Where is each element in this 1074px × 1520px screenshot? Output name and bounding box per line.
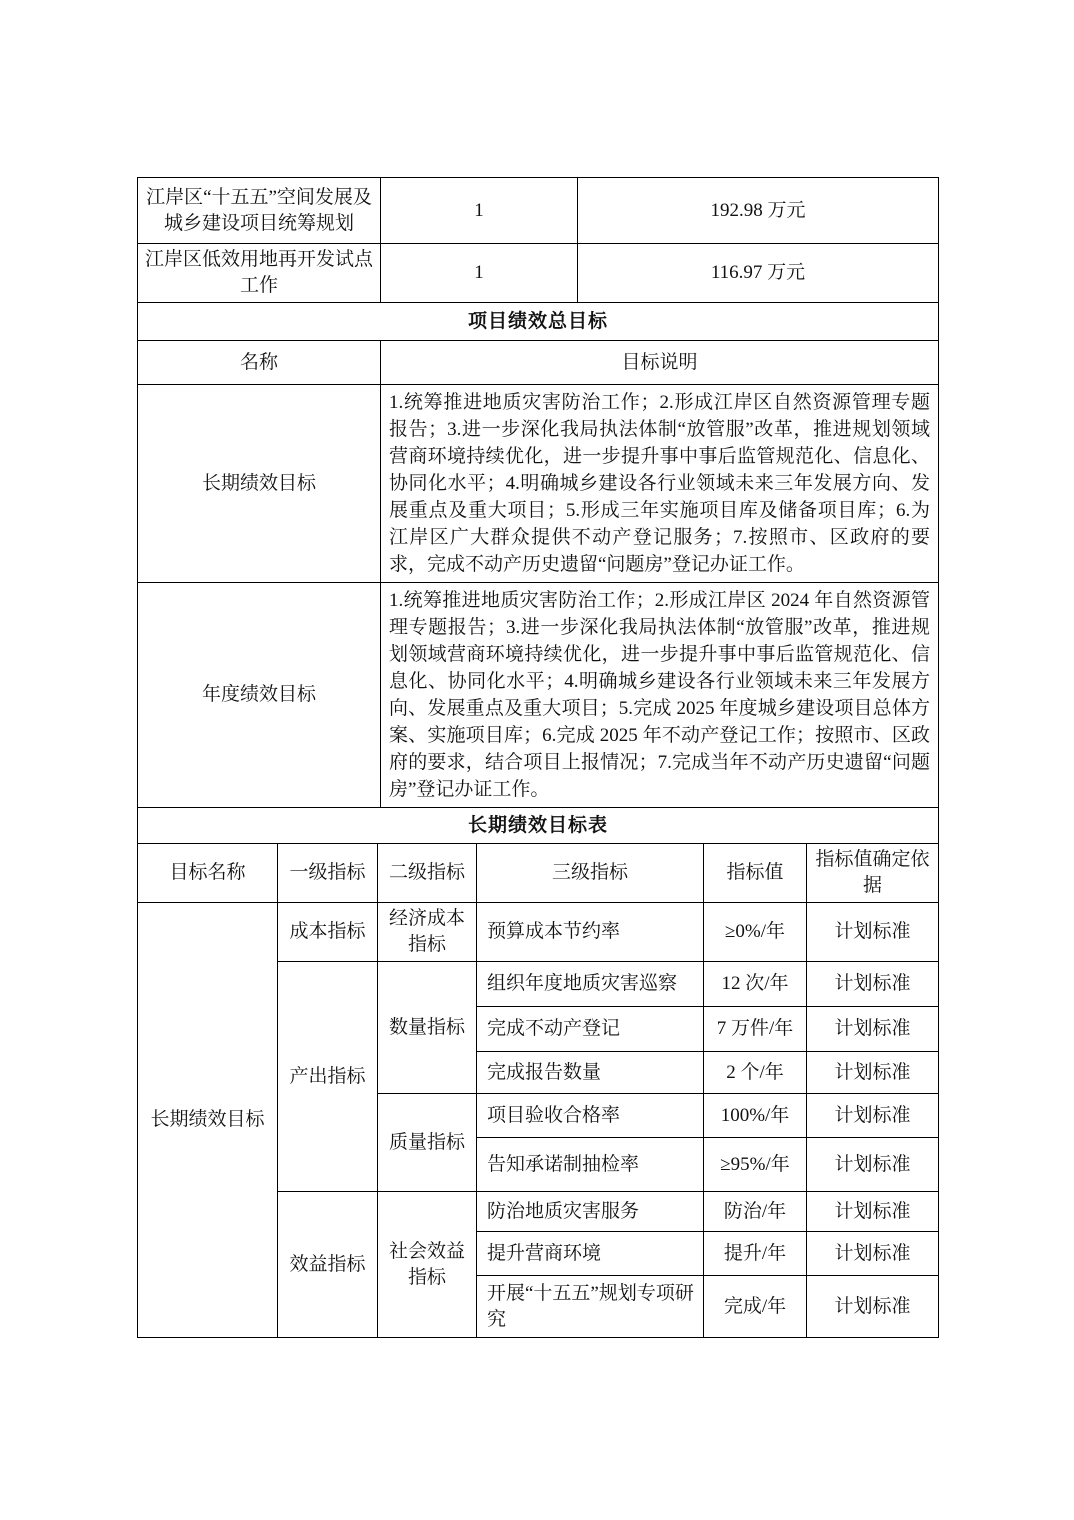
table-row: 年度绩效目标 1.统筹推进地质灾害防治工作；2.形成江岸区 2024 年自然资源… [138, 583, 939, 808]
level3-cell: 项目验收合格率 [477, 1094, 704, 1138]
col-header-goal-name: 目标名称 [138, 844, 278, 903]
value-cell: 12 次/年 [704, 962, 807, 1007]
level3-cell: 提升营商环境 [477, 1232, 704, 1276]
level1-cell: 效益指标 [278, 1192, 378, 1338]
col-header-basis: 指标值确定依据 [807, 844, 939, 903]
project-count-cell: 1 [381, 244, 578, 303]
value-cell: 100%/年 [704, 1094, 807, 1138]
level1-cell: 成本指标 [278, 903, 378, 962]
table-header-row: 目标名称 一级指标 二级指标 三级指标 指标值 指标值确定依据 [138, 844, 939, 903]
annual-goal-label: 年度绩效目标 [138, 583, 381, 808]
basis-cell: 计划标准 [807, 1276, 939, 1338]
table-row: 长期绩效目标 1.统筹推进地质灾害防治工作；2.形成江岸区自然资源管理专题报告；… [138, 385, 939, 583]
longterm-goal-label: 长期绩效目标 [138, 385, 381, 583]
project-amount-cell: 192.98 万元 [578, 178, 939, 244]
project-name-cell: 江岸区低效用地再开发试点工作 [138, 244, 381, 303]
value-cell: ≥0%/年 [704, 903, 807, 962]
basis-cell: 计划标准 [807, 1192, 939, 1232]
level3-cell: 组织年度地质灾害巡察 [477, 962, 704, 1007]
level2-cell: 质量指标 [378, 1094, 477, 1192]
longterm-goal-desc: 1.统筹推进地质灾害防治工作；2.形成江岸区自然资源管理专题报告；3.进一步深化… [381, 385, 939, 583]
table-row: 项目绩效总目标 [138, 303, 939, 341]
col-header-level2: 二级指标 [378, 844, 477, 903]
table-row: 长期绩效目标表 [138, 808, 939, 844]
level3-cell: 完成不动产登记 [477, 1007, 704, 1052]
table-row: 名称 目标说明 [138, 341, 939, 385]
table-row: 江岸区“十五五”空间发展及城乡建设项目统筹规划 1 192.98 万元 [138, 178, 939, 244]
level3-cell: 防治地质灾害服务 [477, 1192, 704, 1232]
value-cell: 7 万件/年 [704, 1007, 807, 1052]
header-name-cell: 名称 [138, 341, 381, 385]
document-page: 江岸区“十五五”空间发展及城乡建设项目统筹规划 1 192.98 万元 江岸区低… [0, 0, 1074, 1520]
col-header-level1: 一级指标 [278, 844, 378, 903]
col-header-value: 指标值 [704, 844, 807, 903]
header-desc-cell: 目标说明 [381, 341, 939, 385]
project-amount-cell: 116.97 万元 [578, 244, 939, 303]
value-cell: ≥95%/年 [704, 1138, 807, 1192]
value-cell: 2 个/年 [704, 1052, 807, 1094]
project-name-cell: 江岸区“十五五”空间发展及城乡建设项目统筹规划 [138, 178, 381, 244]
col-header-level3: 三级指标 [477, 844, 704, 903]
longterm-target-table: 长期绩效目标表 目标名称 一级指标 二级指标 三级指标 指标值 指标值确定依据 … [137, 807, 939, 1338]
table-row: 长期绩效目标 成本指标 经济成本指标 预算成本节约率 ≥0%/年 计划标准 [138, 903, 939, 962]
table-row: 江岸区低效用地再开发试点工作 1 116.97 万元 [138, 244, 939, 303]
goal-name-cell: 长期绩效目标 [138, 903, 278, 1338]
level3-cell: 预算成本节约率 [477, 903, 704, 962]
value-cell: 完成/年 [704, 1276, 807, 1338]
level2-cell: 数量指标 [378, 962, 477, 1094]
overall-goal-title: 项目绩效总目标 [138, 303, 939, 341]
basis-cell: 计划标准 [807, 962, 939, 1007]
level3-cell: 完成报告数量 [477, 1052, 704, 1094]
value-cell: 提升/年 [704, 1232, 807, 1276]
annual-goal-desc: 1.统筹推进地质灾害防治工作；2.形成江岸区 2024 年自然资源管理专题报告；… [381, 583, 939, 808]
longterm-table-title: 长期绩效目标表 [138, 808, 939, 844]
performance-report: 江岸区“十五五”空间发展及城乡建设项目统筹规划 1 192.98 万元 江岸区低… [137, 177, 938, 1338]
basis-cell: 计划标准 [807, 1232, 939, 1276]
overall-goal-table: 项目绩效总目标 名称 目标说明 长期绩效目标 1.统筹推进地质灾害防治工作；2.… [137, 302, 939, 808]
level1-cell: 产出指标 [278, 962, 378, 1192]
basis-cell: 计划标准 [807, 1138, 939, 1192]
project-count-cell: 1 [381, 178, 578, 244]
basis-cell: 计划标准 [807, 1007, 939, 1052]
basis-cell: 计划标准 [807, 1094, 939, 1138]
level3-cell: 开展“十五五”规划专项研究 [477, 1276, 704, 1338]
level3-cell: 告知承诺制抽检率 [477, 1138, 704, 1192]
level2-cell: 经济成本指标 [378, 903, 477, 962]
basis-cell: 计划标准 [807, 1052, 939, 1094]
value-cell: 防治/年 [704, 1192, 807, 1232]
project-amount-table: 江岸区“十五五”空间发展及城乡建设项目统筹规划 1 192.98 万元 江岸区低… [137, 177, 939, 303]
basis-cell: 计划标准 [807, 903, 939, 962]
level2-cell: 社会效益指标 [378, 1192, 477, 1338]
